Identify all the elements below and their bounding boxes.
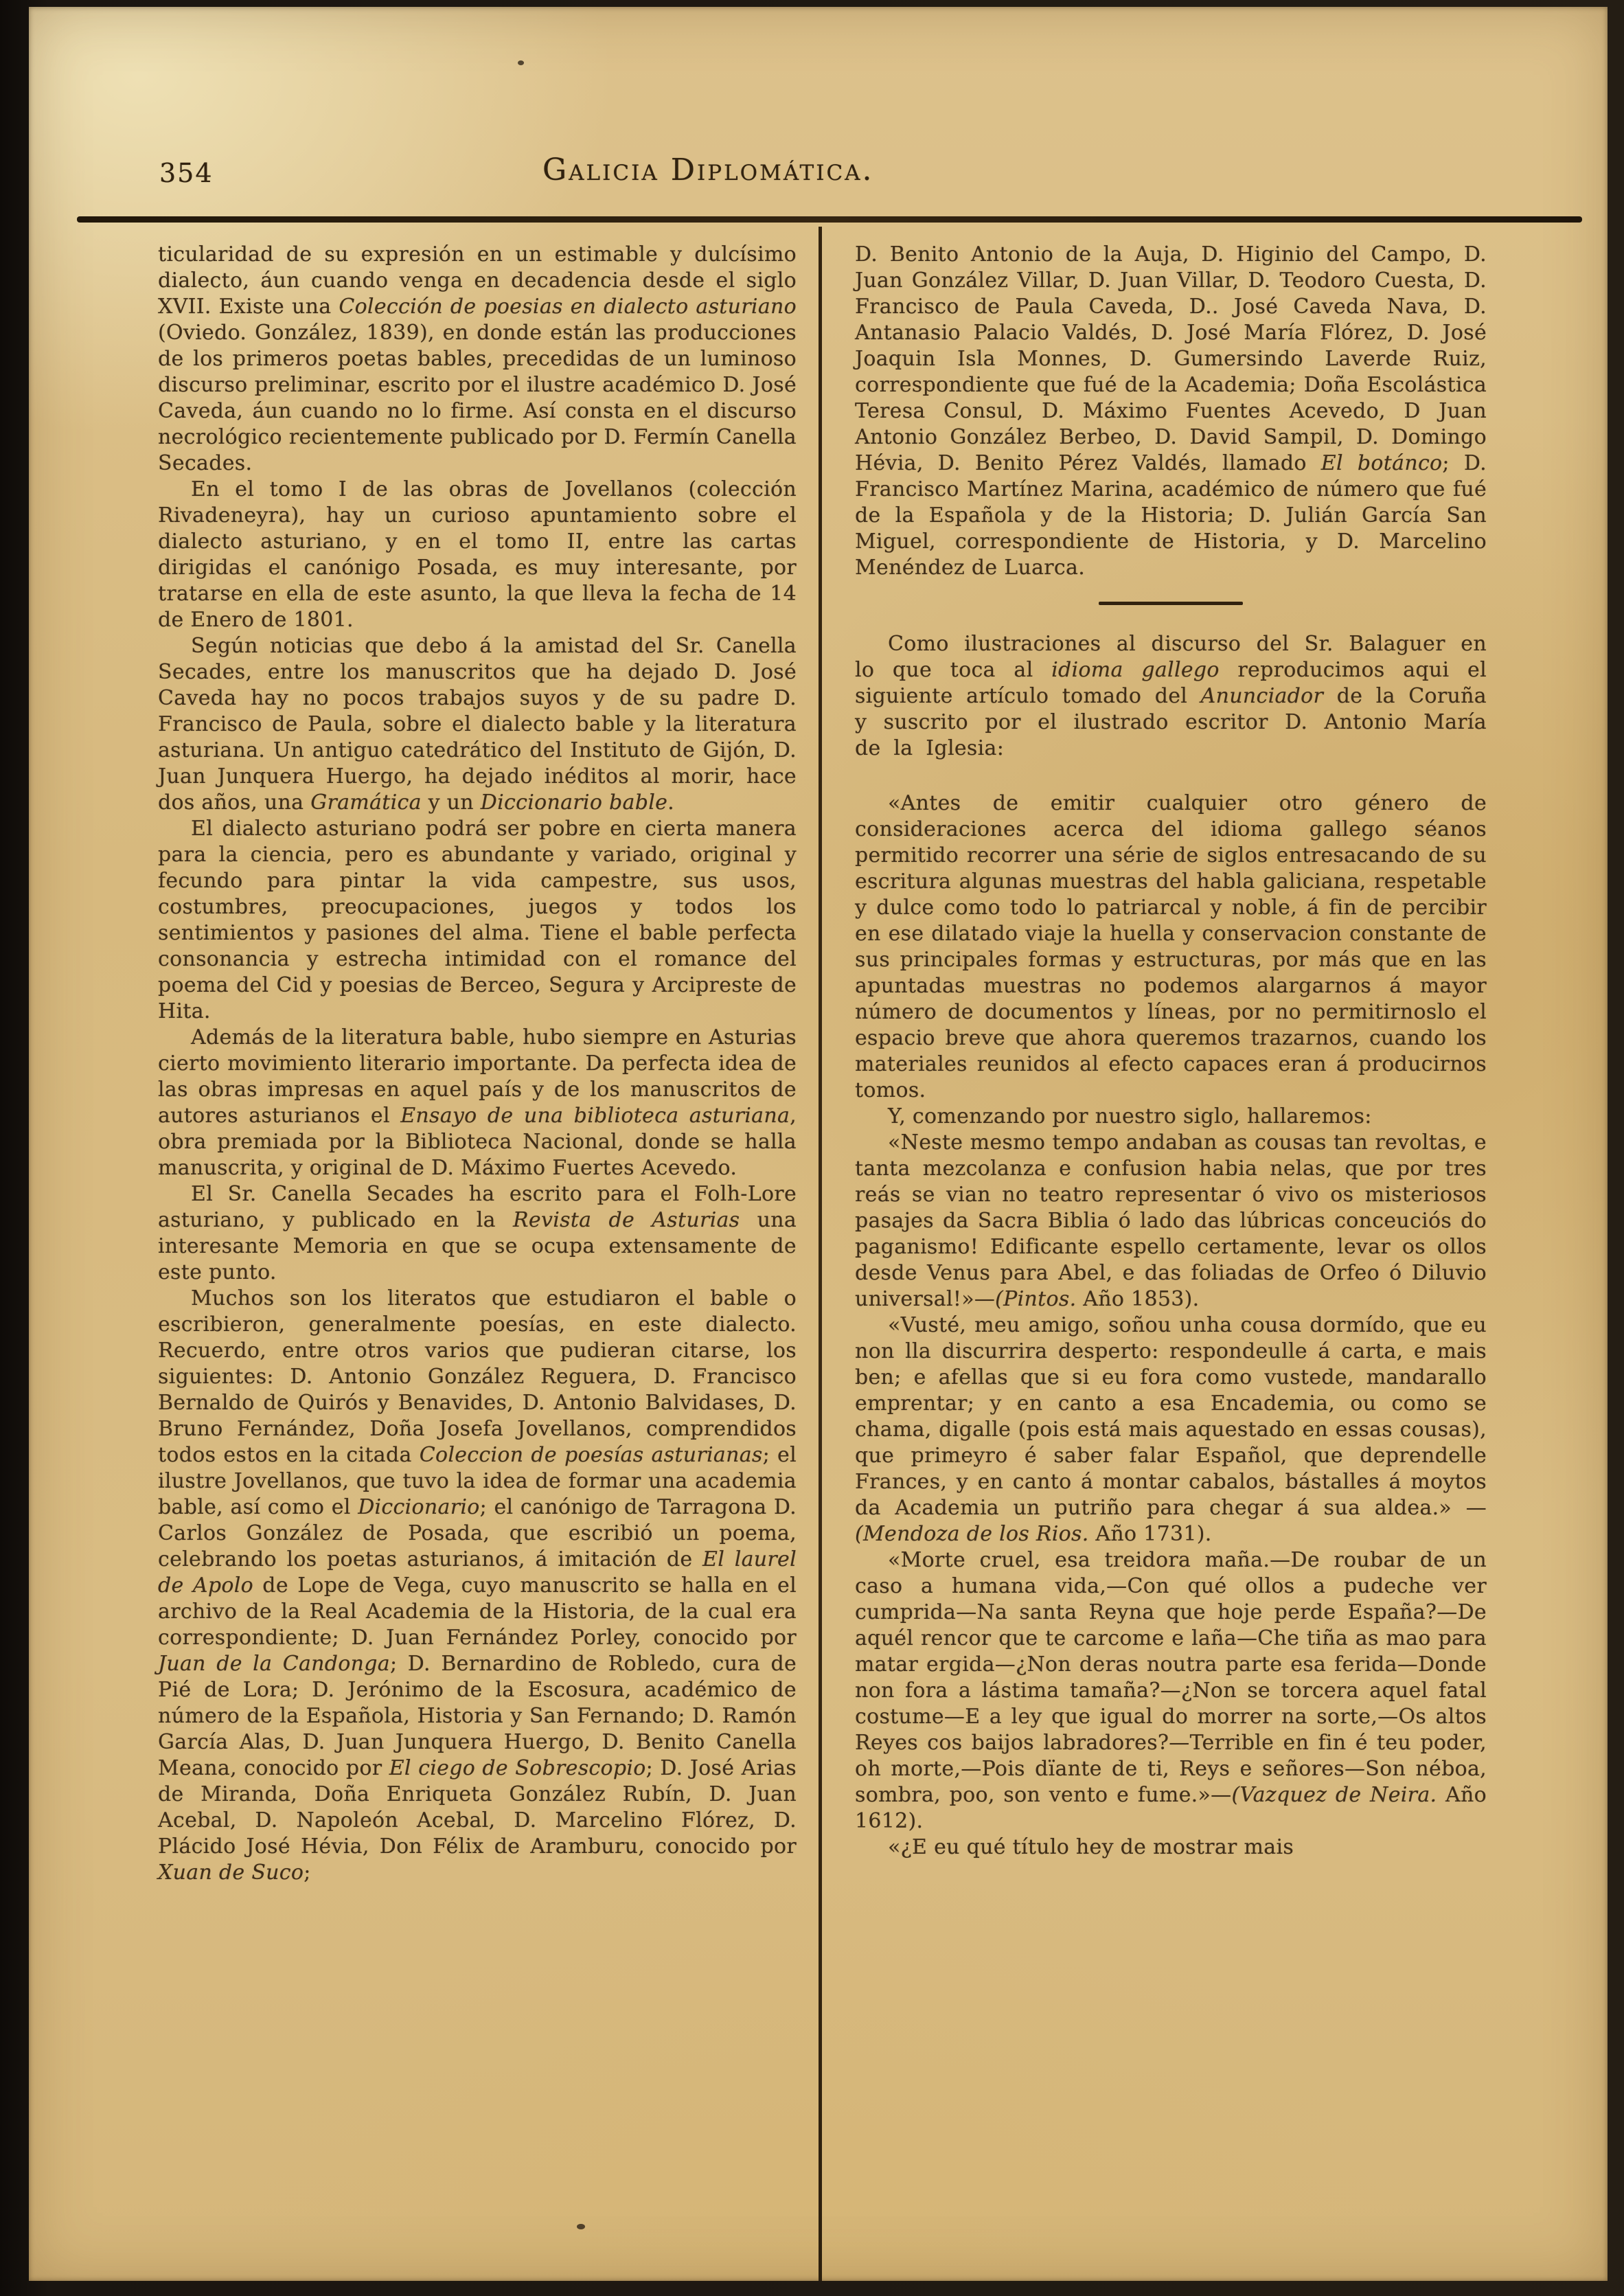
paragraph: Según noticias que debo á la amistad del… [158, 633, 797, 816]
italic-text-run: (Mendoza de los Rios. [855, 1522, 1089, 1546]
page-paper: 354 Galicia Diplomática. ticularidad de … [29, 7, 1608, 2281]
text-run: Y, comenzando por nuestro siglo, hallare… [888, 1104, 1372, 1128]
italic-text-run: (Pintos. [995, 1287, 1076, 1311]
paragraph: Y, comenzando por nuestro siglo, hallare… [855, 1104, 1487, 1130]
italic-text-run: Colección de poesias en dialecto asturia… [339, 295, 797, 319]
italic-text-run: Diccionario [358, 1495, 479, 1519]
text-run: «Vusté, meu amigo, soñou unha cousa dorm… [855, 1313, 1487, 1520]
italic-text-run: Anunciador [1201, 684, 1324, 708]
paragraph: En el tomo I de las obras de Jovellanos … [158, 477, 797, 633]
text-run: D. Benito Antonio de la Auja, D. Higinio… [855, 242, 1487, 475]
italic-text-run: El botánco [1321, 451, 1443, 475]
text-run: El dialecto asturiano podrá ser pobre en… [158, 817, 797, 1023]
text-run: de Lope de Vega, cuyo manuscrito se hall… [158, 1573, 797, 1650]
paragraph: Como ilustraciones al discurso del Sr. B… [855, 631, 1487, 762]
paragraph: «Morte cruel, esa treidora maña.—De roub… [855, 1547, 1487, 1834]
left-column: ticularidad de su expresión en un estima… [158, 242, 797, 1886]
italic-text-run: Juan de la Candonga [158, 1652, 390, 1676]
paragraph: «Vusté, meu amigo, soñou unha cousa dorm… [855, 1312, 1487, 1547]
italic-text-run: Gramática [310, 791, 422, 815]
paragraph: D. Benito Antonio de la Auja, D. Higinio… [855, 242, 1487, 581]
right-column: D. Benito Antonio de la Auja, D. Higinio… [855, 242, 1487, 1861]
paragraph: Además de la literatura bable, hubo siem… [158, 1025, 797, 1181]
paragraph: «Antes de emitir cualquier otro género d… [855, 791, 1487, 1104]
italic-text-run: Revista de Asturias [513, 1208, 740, 1232]
italic-text-run: idioma gallego [1051, 658, 1220, 682]
text-run: En el tomo I de las obras de Jovellanos … [158, 477, 797, 632]
ink-speck [577, 2224, 585, 2229]
italic-text-run: Xuan de Suco [158, 1861, 304, 1885]
text-run: «Morte cruel, esa treidora maña.—De roub… [855, 1548, 1487, 1807]
paragraph: El dialecto asturiano podrá ser pobre en… [158, 816, 797, 1025]
text-run: y un [422, 791, 481, 815]
paragraph: ticularidad de su expresión en un estima… [158, 242, 797, 477]
paragraph: El Sr. Canella Secades ha escrito para e… [158, 1181, 797, 1286]
header-rule [77, 216, 1582, 223]
italic-text-run: El ciego de Sobrescopio [389, 1756, 646, 1780]
text-run: «Neste mesmo tempo andaban as cousas tan… [855, 1130, 1487, 1311]
text-run: ; [304, 1861, 310, 1885]
column-divider-rule [819, 227, 822, 2281]
paragraph: «¿E eu qué título hey de mostrar mais [855, 1834, 1487, 1861]
italic-text-run: Diccionario bable [481, 791, 667, 815]
italic-text-run: (Vazquez de Neira. [1231, 1783, 1437, 1807]
text-run: Muchos son los literatos que estudiaron … [158, 1286, 797, 1467]
paragraph: Muchos son los literatos que estudiaron … [158, 1286, 797, 1886]
paragraph: «Neste mesmo tempo andaban as cousas tan… [855, 1130, 1487, 1312]
text-run: «Antes de emitir cualquier otro género d… [855, 791, 1487, 1102]
italic-text-run: Coleccion de poesías asturianas [420, 1443, 763, 1467]
ink-speck [518, 60, 524, 65]
text-run: Año 1731). [1089, 1522, 1212, 1546]
text-run: Según noticias que debo á la amistad del… [158, 634, 797, 815]
section-divider [1099, 602, 1243, 605]
page-number: 354 [159, 158, 214, 188]
page-title: Galicia Diplomática. [542, 152, 874, 187]
text-run: Año 1853). [1076, 1287, 1199, 1311]
italic-text-run: Ensayo de una biblioteca asturiana [400, 1104, 790, 1128]
text-run: (Oviedo. González, 1839), en donde están… [158, 321, 797, 475]
scan-border: 354 Galicia Diplomática. ticularidad de … [0, 0, 1624, 2296]
text-run: . [667, 791, 674, 815]
text-run: «¿E eu qué título hey de mostrar mais [888, 1835, 1294, 1859]
